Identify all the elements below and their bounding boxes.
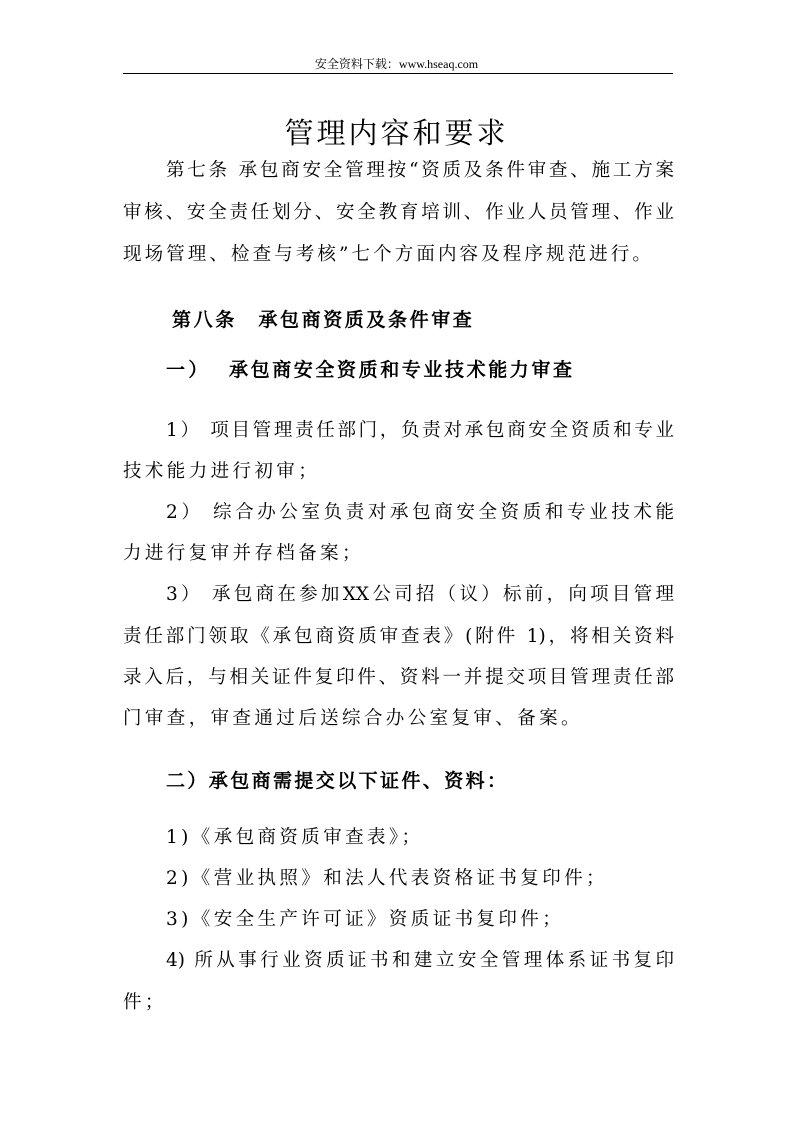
article-8-heading: 第八条 承包商资质及条件审查	[172, 307, 723, 333]
header-url: www.hseaq.com	[399, 57, 478, 71]
header-divider	[123, 73, 673, 74]
document-title: 管理内容和要求	[0, 113, 793, 153]
item-line: 3） 承包商在参加XX公司招（议）标前，向项目管理	[166, 582, 674, 608]
item-line: 责任部门领取《承包商资质审查表》(附件 1)，将相关资料	[123, 624, 674, 650]
header-label: 安全资料下载：	[315, 57, 399, 71]
article-7-line: 现场管理、检查与考核”七个方面内容及程序规范进行。	[123, 242, 674, 268]
list-item: 1)《承包商资质审查表》；	[166, 825, 717, 851]
section-1-number: 一）	[166, 357, 211, 383]
item-line: 1） 项目管理责任部门，负责对承包商安全资质和专业	[166, 418, 674, 444]
item-line: 门审查，审查通过后送综合办公室复审、备案。	[123, 706, 674, 732]
list-item: 3)《安全生产许可证》资质证书复印件；	[166, 907, 717, 933]
item-line: 录入后，与相关证件复印件、资料一并提交项目管理责任部	[123, 665, 674, 691]
section-1-title: 承包商安全资质和专业技术能力审查	[229, 357, 575, 383]
article-7-line: 审核、安全责任划分、安全教育培训、作业人员管理、作业	[123, 200, 674, 226]
item-line: 力进行复审并存档备案；	[123, 541, 674, 567]
item-line: 2） 综合办公室负责对承包商安全资质和专业技术能	[166, 500, 674, 526]
page-header: 安全资料下载：www.hseaq.com	[0, 56, 793, 72]
item-line: 技术能力进行初审；	[123, 459, 674, 485]
section-2-heading: 二）承包商需提交以下证件、资料：	[166, 768, 717, 794]
article-7-line: 第七条 承包商安全管理按“资质及条件审查、施工方案	[166, 158, 674, 184]
list-item: 4) 所从事行业资质证书和建立安全管理体系证书复印	[166, 948, 674, 974]
list-item-continuation: 件；	[123, 990, 674, 1016]
list-item: 2)《营业执照》和法人代表资格证书复印件；	[166, 866, 717, 892]
